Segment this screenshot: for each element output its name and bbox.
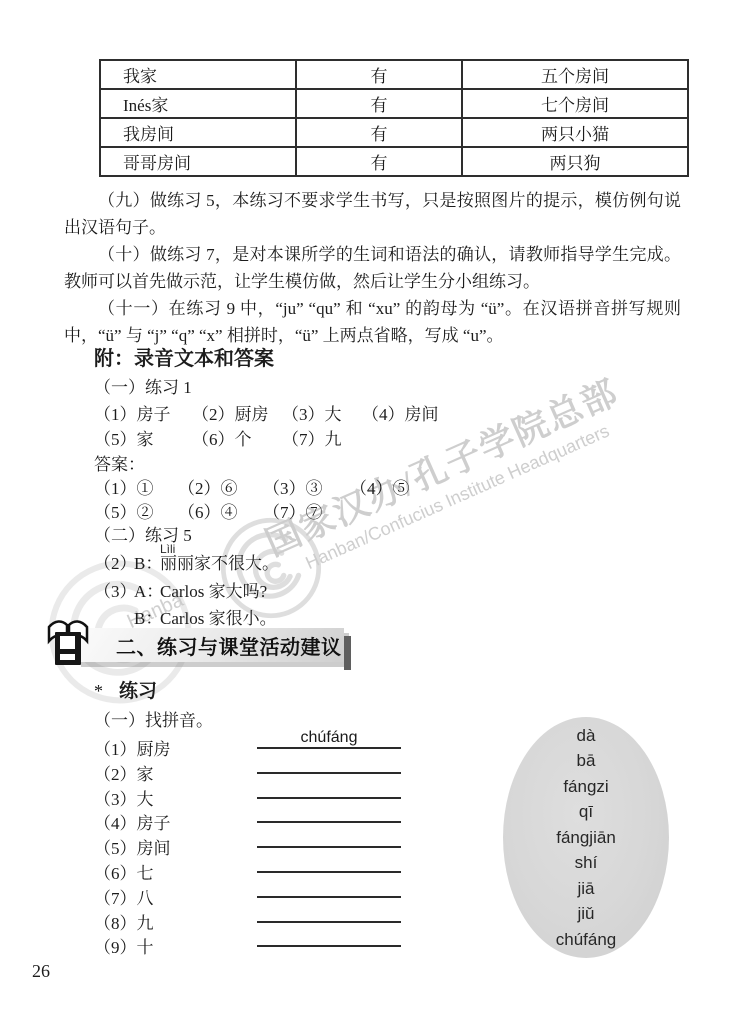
- list-item: （4）房间: [362, 403, 439, 427]
- answer-item: （1）①: [94, 477, 178, 501]
- answer-blank-line: [257, 878, 401, 898]
- table-cell: Inés家: [100, 89, 296, 118]
- list-item: （7）九: [282, 428, 342, 452]
- exercise1-items-row: （1）房子（2）厨房（3）大（4）房间: [94, 403, 439, 427]
- table-cell: 我房间: [100, 118, 296, 147]
- dialog-number: （3）: [94, 580, 134, 604]
- answer-blank-line: chúfáng: [257, 729, 401, 749]
- table-cell: 有: [296, 147, 462, 176]
- summary-table: 我家 有 五个房间 Inés家 有 七个房间 我房间 有 两只小猫 哥哥房间 有…: [99, 59, 689, 177]
- answer-item: （5）②: [94, 501, 178, 525]
- paragraph-eleven: （十一）在练习 9 中，“ju” “qu” 和 “xu” 的韵母为 “ü”。在汉…: [64, 295, 681, 349]
- answer-blank-line: [257, 853, 401, 873]
- dialog-text: Carlos 家很小。: [160, 609, 277, 628]
- exercise1-label: （一）练习 1: [94, 376, 192, 400]
- table-cell: 我家: [100, 60, 296, 89]
- table-cell: 两只狗: [462, 147, 688, 176]
- matching-exercise-list: （1）厨房 chúfáng （2）家 （3）大 （4）房子 （5）房间 （6）七: [94, 733, 424, 963]
- answer-item: （2）⑥: [178, 477, 263, 501]
- star-marker: *: [94, 681, 103, 701]
- list-item: （5）家: [94, 428, 192, 452]
- table-row: Inés家 有 七个房间: [100, 89, 688, 118]
- document-page: 国家汉办/孔子学院总部 Hanban/Confucius Institute H…: [0, 0, 742, 1024]
- paragraph-nine: （九）做练习 5，本练习不要求学生书写，只是按照图片的提示，模仿例句说出汉语句子…: [64, 187, 681, 241]
- table-cell: 有: [296, 89, 462, 118]
- exercise-word: （9）十: [94, 933, 154, 958]
- exercise-word: （6）七: [94, 859, 154, 884]
- table-cell: 哥哥房间: [100, 147, 296, 176]
- exercise-word: （1）厨房: [94, 735, 171, 760]
- answer-blank-line: [257, 803, 401, 823]
- exercise-word: （7）八: [94, 884, 154, 909]
- page-number: 26: [32, 961, 50, 982]
- table-cell: 有: [296, 60, 462, 89]
- table-cell: 有: [296, 118, 462, 147]
- answer-blank-line: [257, 779, 401, 799]
- pinyin-word: shí: [575, 850, 598, 876]
- answer-item: （3）③: [263, 477, 350, 501]
- answers-label: 答案：: [94, 453, 145, 477]
- table-cell: 两只小猫: [462, 118, 688, 147]
- pinyin-word: jiǔ: [577, 901, 594, 927]
- table-cell: 七个房间: [462, 89, 688, 118]
- pinyin-word: jiā: [577, 876, 594, 902]
- table-row: 我房间 有 两只小猫: [100, 118, 688, 147]
- dialog-number: （2）: [94, 552, 134, 576]
- exercise-word: （4）房子: [94, 809, 171, 834]
- answer-blank-line: [257, 754, 401, 774]
- answers-row: （5）②（6）④（7）⑦: [94, 501, 323, 525]
- dialog-speaker: B：: [134, 552, 160, 576]
- answer-blank-line: [257, 927, 401, 947]
- exercise-heading-text: 练习: [119, 681, 157, 702]
- pinyin-word: qī: [579, 799, 593, 825]
- exercise-subheading: （一）找拼音。: [94, 706, 213, 731]
- open-book-icon: [46, 617, 90, 667]
- list-item: （2）厨房: [192, 403, 282, 427]
- table-row: 哥哥房间 有 两只狗: [100, 147, 688, 176]
- banner-end-cap: [344, 636, 351, 670]
- list-item: （1）房子: [94, 403, 192, 427]
- appendix-heading: 附：录音文本和答案: [94, 346, 274, 372]
- exercise1-items-row: （5）家（6）个（7）九: [94, 428, 342, 452]
- pinyin-annotation: Lìli: [160, 537, 175, 561]
- dialog-speaker: A：: [134, 580, 160, 604]
- pinyin-word: fángzi: [563, 774, 608, 800]
- answer-blank-line: [257, 828, 401, 848]
- answer-item: （7）⑦: [263, 501, 323, 525]
- table-cell: 五个房间: [462, 60, 688, 89]
- pinyin-word: fángjiān: [556, 825, 616, 851]
- answer-item: （6）④: [178, 501, 263, 525]
- pinyin-word: chúfáng: [556, 927, 617, 953]
- teaching-notes: （九）做练习 5，本练习不要求学生书写，只是按照图片的提示，模仿例句说出汉语句子…: [64, 187, 681, 349]
- pinyin-word-bank: dà bā fángzi qī fángjiān shí jiā jiǔ chú…: [503, 717, 669, 958]
- answer-item: （4）⑤: [350, 477, 410, 501]
- pinyin-word: dà: [577, 723, 596, 749]
- exercise-word: （5）房间: [94, 834, 171, 859]
- table-row: 我家 有 五个房间: [100, 60, 688, 89]
- dialog-text: 丽丽家不很大。: [160, 554, 279, 573]
- list-item: （6）个: [192, 428, 282, 452]
- section2-banner: 二、练习与课堂活动建议: [76, 628, 344, 662]
- dialog-line: （3）A：Carlos 家大吗?: [94, 580, 267, 604]
- exercise-heading: *练习: [94, 676, 157, 703]
- list-item: （3）大: [282, 403, 362, 427]
- exercise-word: （2）家: [94, 760, 154, 785]
- exercise-row: （9）十: [94, 931, 424, 956]
- pinyin-word: bā: [577, 748, 596, 774]
- answers-row: （1）①（2）⑥（3）③（4）⑤: [94, 477, 410, 501]
- dialog-line: Lìli （2）B：丽丽家不很大。: [94, 552, 664, 576]
- dialog-text: Carlos 家大吗?: [160, 582, 267, 601]
- written-answer: chúfáng: [301, 729, 358, 746]
- exercise5-label: （二）练习 5: [94, 524, 192, 548]
- section2-title: 二、练习与课堂活动建议: [116, 631, 342, 660]
- appendix-section: 附：录音文本和答案 （一）练习 1 （1）房子（2）厨房（3）大（4）房间 （5…: [94, 346, 664, 640]
- answer-blank-line: [257, 903, 401, 923]
- paragraph-ten: （十）做练习 7，是对本课所学的生词和语法的确认，请教师指导学生完成。教师可以首…: [64, 241, 681, 295]
